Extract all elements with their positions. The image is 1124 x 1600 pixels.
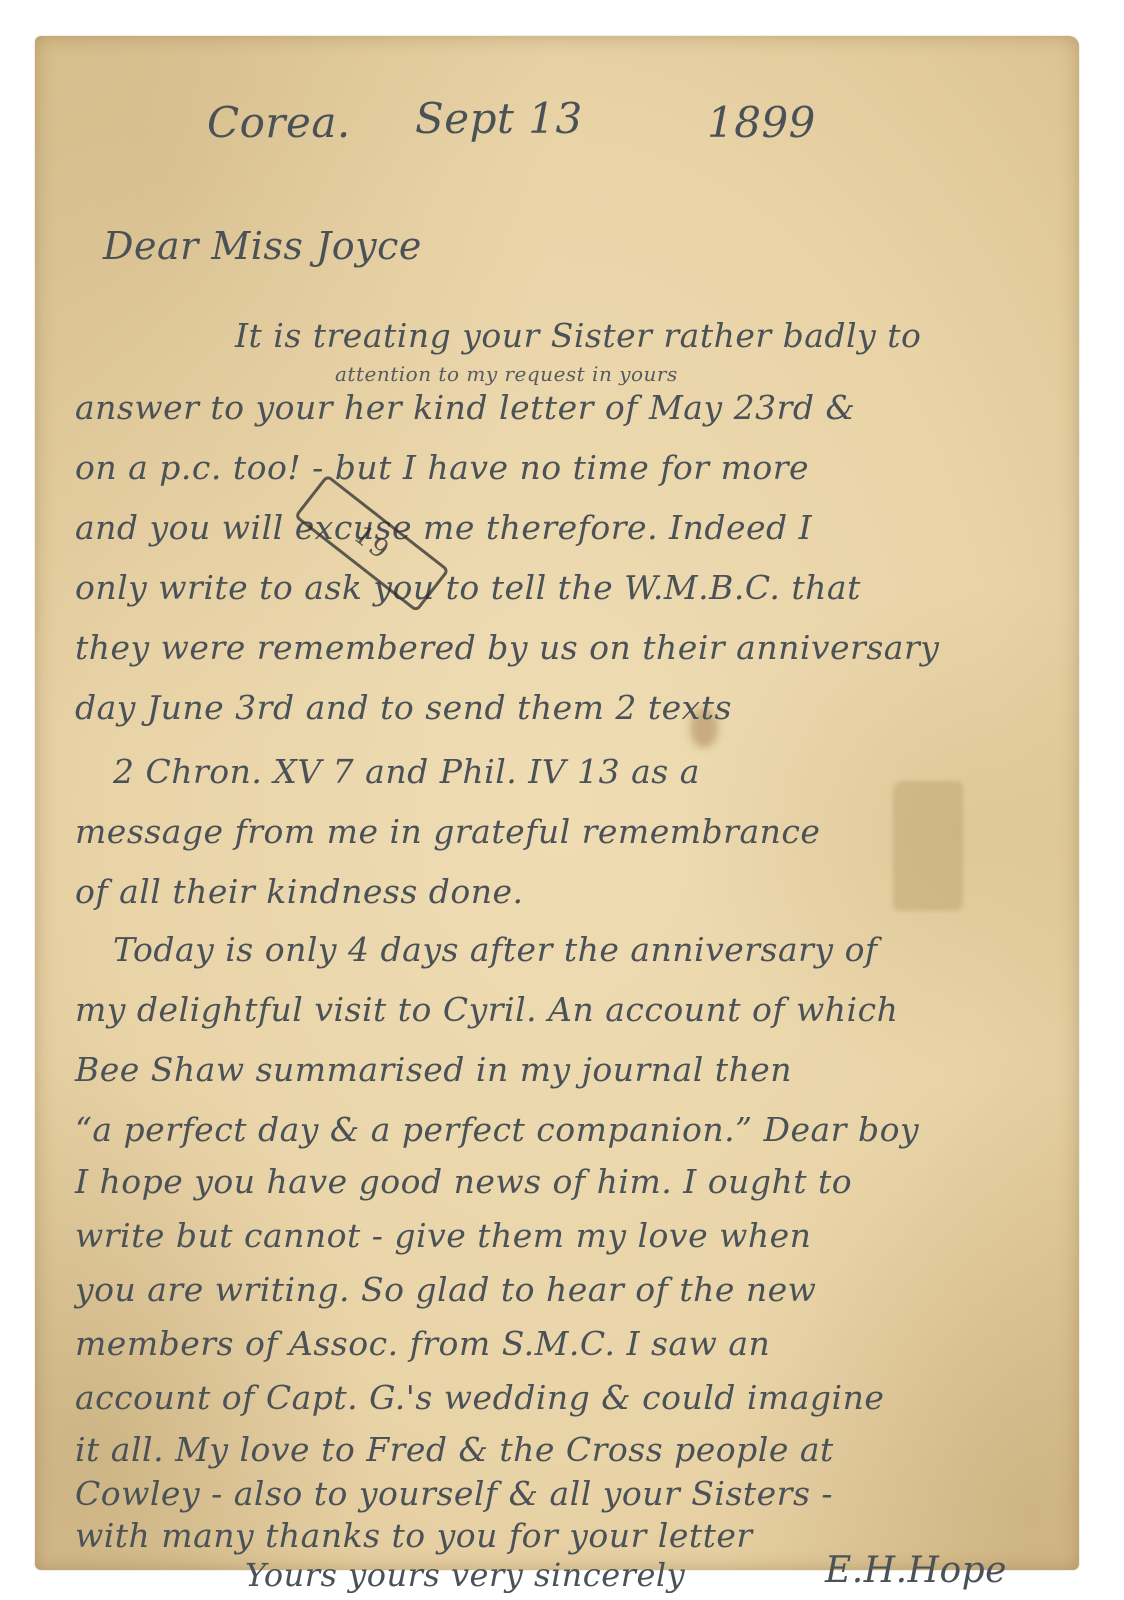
letter-line-10: of all their kindness done. xyxy=(75,872,524,911)
letter-line-1: It is treating your Sister rather badly … xyxy=(235,316,921,355)
postmark-number: 19 xyxy=(348,520,396,566)
postcard: Corea. Sept 13 1899 Dear Miss Joyce It i… xyxy=(35,36,1079,1570)
letter-line-6: they were remembered by us on their anni… xyxy=(75,628,939,667)
letter-line-17: you are writing. So glad to hear of the … xyxy=(75,1270,816,1309)
water-stain xyxy=(893,781,963,911)
header-date: Sept 13 xyxy=(415,94,583,143)
letter-line-2: answer to your her kind letter of May 23… xyxy=(75,388,855,427)
letter-line-9: message from me in grateful remembrance xyxy=(75,812,820,851)
letter-line-15: I hope you have good news of him. I ough… xyxy=(75,1162,852,1201)
header-place: Corea. xyxy=(207,98,351,147)
letter-line-18: members of Assoc. from S.M.C. I saw an xyxy=(75,1324,770,1363)
letter-line-22: with many thanks to you for your letter xyxy=(75,1516,753,1555)
inserted-text: attention to my request in yours xyxy=(335,362,678,386)
letter-line-19: account of Capt. G.'s wedding & could im… xyxy=(75,1378,884,1417)
signature: E.H.Hope xyxy=(825,1550,1007,1591)
header-year: 1899 xyxy=(707,98,816,147)
page-canvas: Corea. Sept 13 1899 Dear Miss Joyce It i… xyxy=(0,0,1124,1600)
letter-line-20: it all. My love to Fred & the Cross peop… xyxy=(75,1430,834,1469)
letter-line-13: Bee Shaw summarised in my journal then xyxy=(75,1050,792,1089)
letter-line-5: only write to ask you to tell the W.M.B.… xyxy=(75,568,861,607)
letter-line-8: 2 Chron. XV 7 and Phil. IV 13 as a xyxy=(113,752,700,791)
letter-line-16: write but cannot - give them my love whe… xyxy=(75,1216,811,1255)
letter-line-7: day June 3rd and to send them 2 texts xyxy=(75,688,732,727)
letter-line-21: Cowley - also to yourself & all your Sis… xyxy=(75,1474,833,1513)
closing: Yours yours very sincerely xyxy=(245,1556,685,1594)
letter-line-14: “a perfect day & a perfect companion.” D… xyxy=(75,1110,919,1149)
letter-line-11: Today is only 4 days after the anniversa… xyxy=(113,930,878,969)
salutation: Dear Miss Joyce xyxy=(103,224,422,268)
letter-line-12: my delightful visit to Cyril. An account… xyxy=(75,990,898,1029)
letter-line-3: on a p.c. too! - but I have no time for … xyxy=(75,448,809,487)
letter-line-4: and you will excuse me therefore. Indeed… xyxy=(75,508,812,547)
